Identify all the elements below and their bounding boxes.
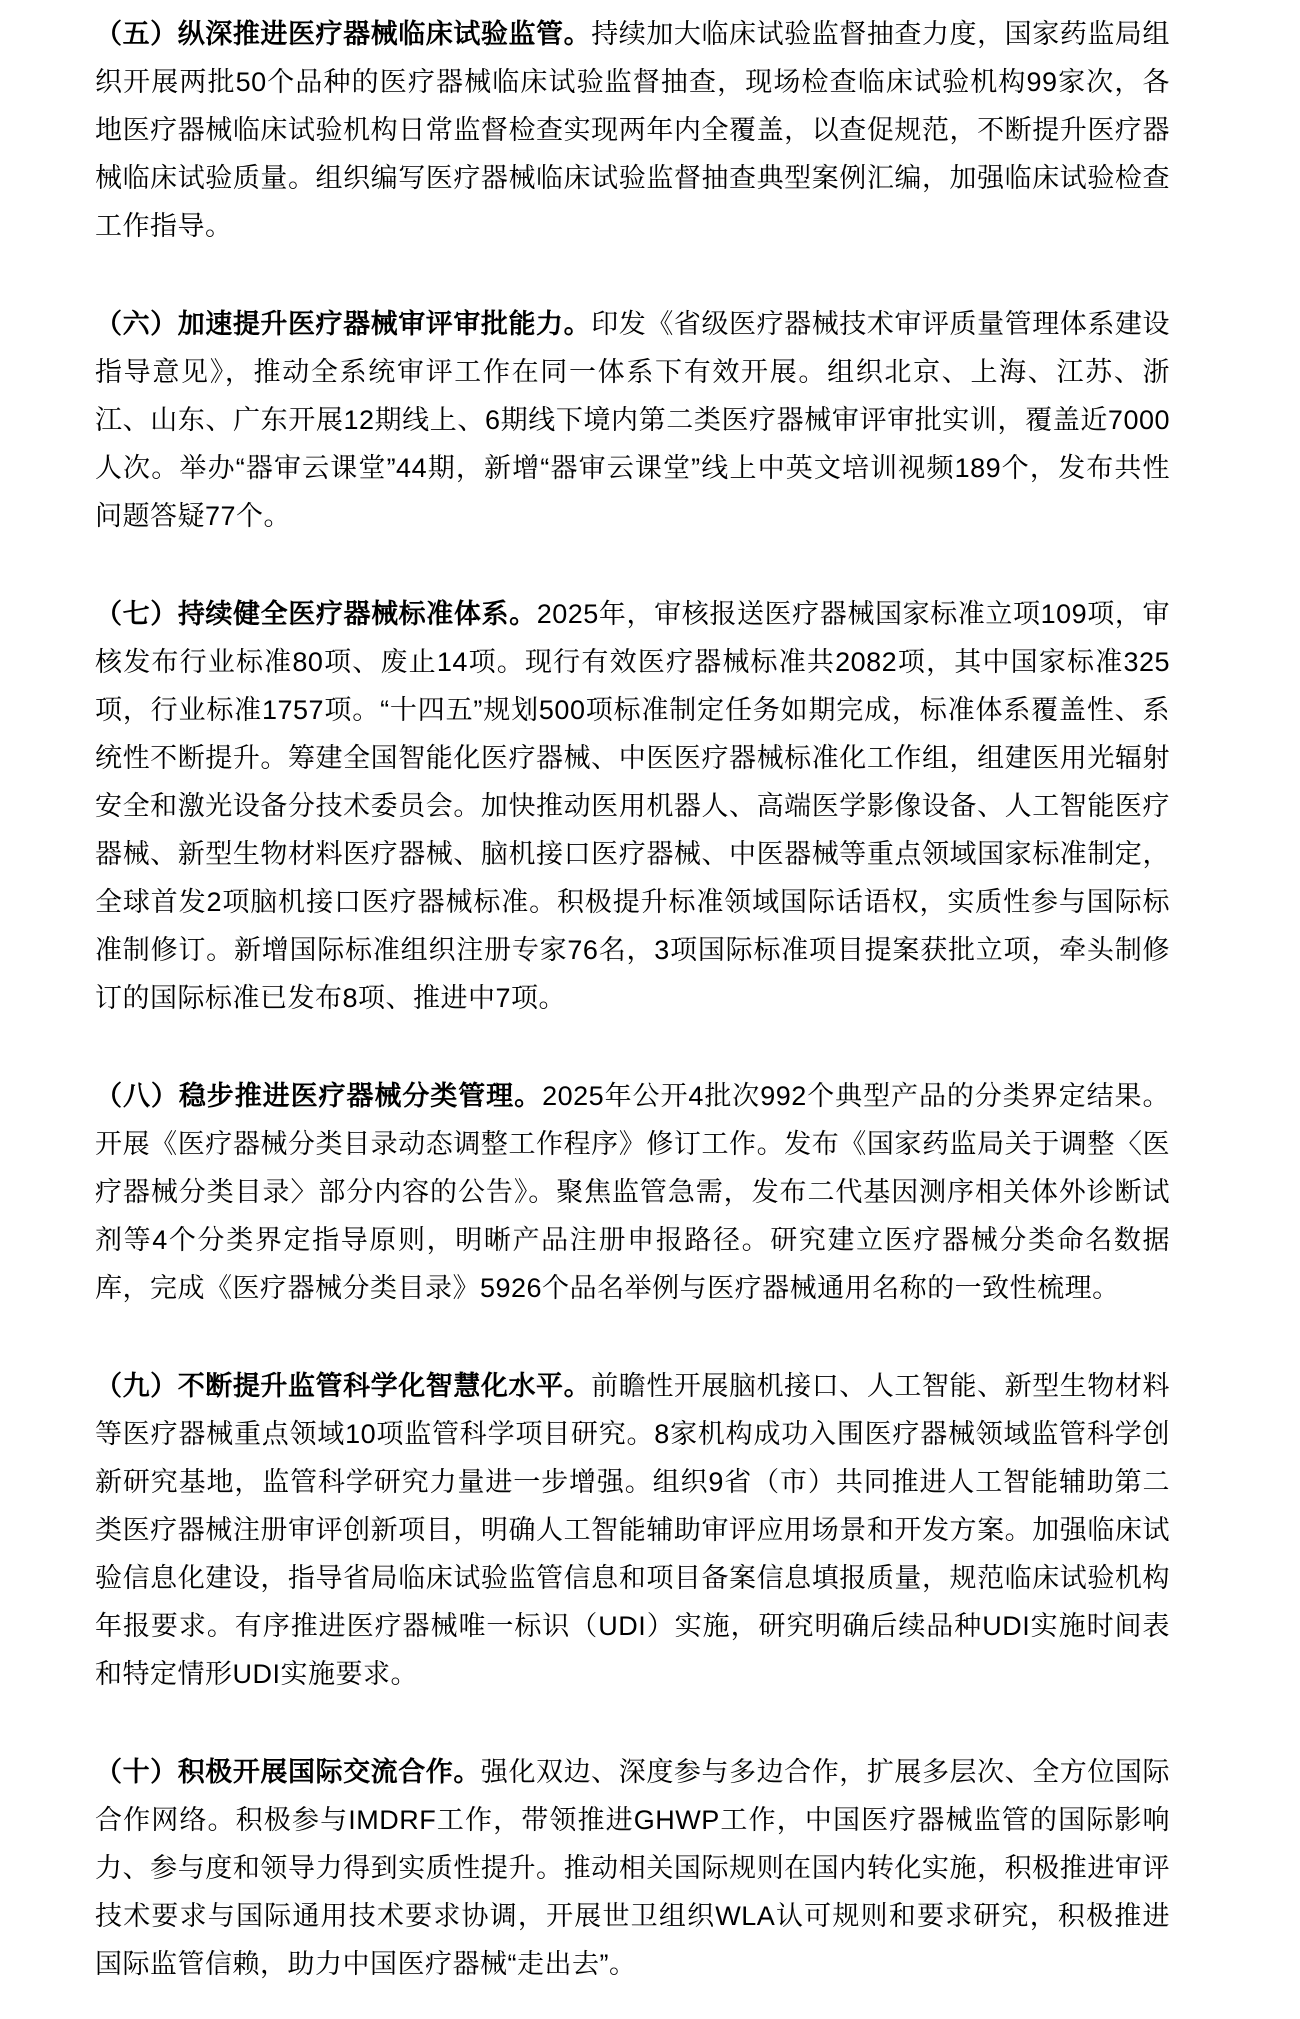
paragraph-8-body: 2025年公开4批次992个典型产品的分类界定结果。开展《医疗器械分类目录动态调… <box>95 1081 1170 1303</box>
paragraph-8: （八）稳步推进医疗器械分类管理。2025年公开4批次992个典型产品的分类界定结… <box>95 1072 1170 1312</box>
paragraph-7-heading: （七）持续健全医疗器械标准体系。 <box>95 599 537 629</box>
paragraph-7: （七）持续健全医疗器械标准体系。2025年，审核报送医疗器械国家标准立项109项… <box>95 590 1170 1022</box>
paragraph-5: （五）纵深推进医疗器械临床试验监管。持续加大临床试验监督抽查力度，国家药监局组织… <box>95 10 1170 250</box>
paragraph-9: （九）不断提升监管科学化智慧化水平。前瞻性开展脑机接口、人工智能、新型生物材料等… <box>95 1362 1170 1698</box>
paragraph-9-body: 前瞻性开展脑机接口、人工智能、新型生物材料等医疗器械重点领域10项监管科学项目研… <box>95 1371 1170 1689</box>
paragraph-10-heading: （十）积极开展国际交流合作。 <box>95 1757 481 1787</box>
document-body: （五）纵深推进医疗器械临床试验监管。持续加大临床试验监督抽查力度，国家药监局组织… <box>95 10 1170 1988</box>
paragraph-10: （十）积极开展国际交流合作。强化双边、深度参与多边合作，扩展多层次、全方位国际合… <box>95 1748 1170 1988</box>
paragraph-5-heading: （五）纵深推进医疗器械临床试验监管。 <box>95 19 591 49</box>
paragraph-6: （六）加速提升医疗器械审评审批能力。印发《省级医疗器械技术审评质量管理体系建设指… <box>95 300 1170 540</box>
paragraph-6-heading: （六）加速提升医疗器械审评审批能力。 <box>95 309 591 339</box>
paragraph-10-body: 强化双边、深度参与多边合作，扩展多层次、全方位国际合作网络。积极参与IMDRF工… <box>95 1757 1170 1979</box>
paragraph-6-body: 印发《省级医疗器械技术审评质量管理体系建设指导意见》，推动全系统审评工作在同一体… <box>95 309 1170 531</box>
paragraph-7-body: 2025年，审核报送医疗器械国家标准立项109项，审核发布行业标准80项、废止1… <box>95 599 1170 1013</box>
paragraph-5-body: 持续加大临床试验监督抽查力度，国家药监局组织开展两批50个品种的医疗器械临床试验… <box>95 19 1170 241</box>
paragraph-9-heading: （九）不断提升监管科学化智慧化水平。 <box>95 1371 591 1401</box>
paragraph-8-heading: （八）稳步推进医疗器械分类管理。 <box>95 1081 542 1111</box>
